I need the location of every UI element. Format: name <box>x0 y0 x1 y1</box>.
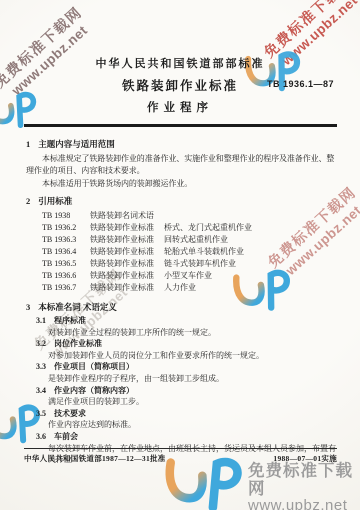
reference-name: 铁路装卸作业标准 <box>90 270 154 282</box>
document-subtitle: 作业程序 <box>0 99 360 115</box>
term-name: 岗位作业标准 <box>54 339 102 348</box>
reference-code: TB 1936.6 <box>42 270 90 282</box>
brand-site-name: 免费标准下载网 <box>248 462 360 498</box>
standard-number: TB 1936.1—87 <box>267 79 334 89</box>
reference-detail: 小型叉车作业 <box>164 270 212 282</box>
term-name: 作业内容（简称内容） <box>54 386 134 395</box>
reference-name: 铁路装卸作业标准 <box>90 234 154 246</box>
approval-note: 中华人民共和国铁道部1987—12—31批准 <box>24 453 166 464</box>
reference-detail: 回转式起重机作业 <box>164 234 228 246</box>
term-number: 3.5 <box>36 409 46 418</box>
reference-name: 铁路装卸名词术语 <box>90 210 154 222</box>
document-body: 1主题内容与适用范围 本标准规定了铁路装卸作业的准备作业、实施作业和整理作业的程… <box>26 138 338 466</box>
section-1-paragraph-1: 本标准规定了铁路装卸作业的准备作业、实施作业和整理作业的程序及准备作业、整理作业… <box>26 153 338 178</box>
reference-row: TB 1936.7 铁路装卸作业标准 人力作业 <box>42 282 338 294</box>
reference-row: TB 1936.3 铁路装卸作业标准 回转式起重机作业 <box>42 234 338 246</box>
term-number: 3.6 <box>36 432 46 441</box>
term-definition: 是装卸作业程序的子程序，由一组装卸工步组成。 <box>48 373 338 385</box>
term-name: 作业项目（简称项目） <box>54 362 134 371</box>
section-number: 3 <box>26 302 30 312</box>
reference-name: 铁路装卸作业标准 <box>90 246 154 258</box>
reference-row: TB 1936.6 铁路装卸作业标准 小型叉车作业 <box>42 270 338 282</box>
term-number: 3.2 <box>36 339 46 348</box>
reference-name: 铁路装卸作业标准 <box>90 258 154 270</box>
term-number: 3.4 <box>36 386 46 395</box>
standard-org-line: 中华人民共和国铁道部部标准 <box>0 55 360 71</box>
term-name: 技术要求 <box>54 409 86 418</box>
section-title: 引用标准 <box>38 196 72 206</box>
term-heading: 3.3作业项目（简称项目） <box>36 361 338 373</box>
reference-detail: 桥式、龙门式起重机作业 <box>164 222 252 234</box>
reference-code: TB 1936.7 <box>42 282 90 294</box>
reference-code: TB 1938 <box>42 210 90 222</box>
brand-site-url: www.upbz.net <box>248 498 360 510</box>
header-divider <box>24 124 337 127</box>
reference-code: TB 1936.2 <box>42 222 90 234</box>
document-page: 免费标准下载网 www.upbz.net 免费标准下载网 www.upbz.ne… <box>0 0 360 510</box>
term-definition: 对装卸作业全过程的装卸工序所作的统一规定。 <box>48 327 338 339</box>
term-number: 3.1 <box>36 316 46 325</box>
term-name: 车前会 <box>54 432 78 441</box>
reference-code: TB 1936.3 <box>42 234 90 246</box>
reference-row: TB 1938 铁路装卸名词术语 <box>42 210 338 222</box>
term-heading: 3.4作业内容（简称内容） <box>36 385 338 397</box>
section-1-heading: 1主题内容与适用范围 <box>26 138 338 151</box>
section-number: 1 <box>26 139 30 149</box>
section-3-heading: 3本标准名词 术语定义 <box>26 301 338 314</box>
term-name: 程序标准 <box>54 316 86 325</box>
term-definition: 对参加装卸作业人员的岗位分工和作业要求所作的统一规定。 <box>48 350 338 362</box>
section-title: 主题内容与适用范围 <box>38 139 115 149</box>
term-heading: 3.5技术要求 <box>36 408 338 420</box>
reference-detail: 轮胎式单斗装载机作业 <box>164 246 244 258</box>
terms-list: 3.1程序标准 对装卸作业全过程的装卸工序所作的统一规定。 3.2岗位作业标准 … <box>26 315 338 466</box>
reference-code: TB 1936.4 <box>42 246 90 258</box>
term-definition: 作业内容应达到的标准。 <box>48 419 338 431</box>
brand-block: 免费标准下载网 www.upbz.net <box>248 462 360 510</box>
reference-name: 铁路装卸作业标准 <box>90 222 154 234</box>
term-heading: 3.1程序标准 <box>36 315 338 327</box>
term-number: 3.3 <box>36 362 46 371</box>
reference-code: TB 1936.5 <box>42 258 90 270</box>
term-definition: 满足作业项目的装卸工步。 <box>48 396 338 408</box>
reference-name: 铁路装卸作业标准 <box>90 282 154 294</box>
section-number: 2 <box>26 196 30 206</box>
reference-detail: 人力作业 <box>164 282 196 294</box>
section-2-heading: 2引用标准 <box>26 195 338 208</box>
watermark-site-name: 免费标准下载网 <box>262 0 356 62</box>
reference-list: TB 1938 铁路装卸名词术语 TB 1936.2 铁路装卸作业标准 桥式、龙… <box>42 210 338 294</box>
term-heading: 3.6车前会 <box>36 431 338 443</box>
term-heading: 3.2岗位作业标准 <box>36 338 338 350</box>
reference-row: TB 1936.4 铁路装卸作业标准 轮胎式单斗装载机作业 <box>42 246 338 258</box>
reference-detail: 链斗式装卸车机作业 <box>164 258 236 270</box>
section-title: 本标准名词 术语定义 <box>38 302 117 312</box>
reference-row: TB 1936.2 铁路装卸作业标准 桥式、龙门式起重机作业 <box>42 222 338 234</box>
section-1-paragraph-2: 本标准适用于铁路货场内的装卸搬运作业。 <box>26 178 338 191</box>
reference-row: TB 1936.5 铁路装卸作业标准 链斗式装卸车机作业 <box>42 258 338 270</box>
